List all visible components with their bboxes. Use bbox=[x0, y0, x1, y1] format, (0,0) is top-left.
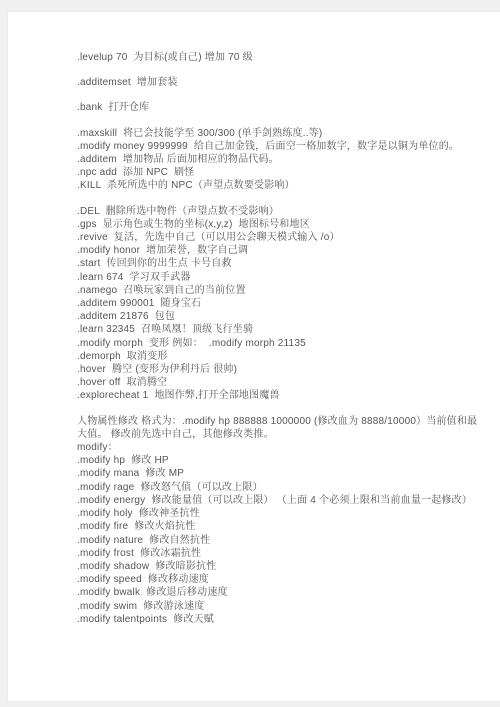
text-line: .modify speed 修改移动速度 bbox=[77, 573, 494, 586]
text-line: .modify rage 修改怒气值（可以改上限） bbox=[77, 481, 494, 494]
text-line: .modify mana 修改 MP bbox=[77, 467, 494, 480]
text-line: .revive 复活，先选中自己（可以用公会聊天模式输入 /o） bbox=[77, 231, 494, 244]
text-line: .additem 990001 随身宝石 bbox=[77, 297, 494, 310]
text-line: 人物属性修改 格式为：.modify hp 888888 1000000 (修改… bbox=[77, 415, 494, 428]
text-line: .additem 增加物品 后面加相应的物品代码。 bbox=[77, 153, 494, 166]
text-line: .modify money 9999999 给自己加金钱，后面空一格加数字，数字… bbox=[77, 140, 494, 153]
text-line: .modify morph 变形 例如： .modify morph 21135 bbox=[77, 337, 494, 350]
text-line: .modify hp 修改 HP bbox=[77, 454, 494, 467]
document-page: .levelup 70 为目标(或自己) 增加 70 级.additemset … bbox=[8, 12, 500, 701]
text-line: modify： bbox=[77, 441, 494, 454]
text-line: .modify nature 修改自然抗性 bbox=[77, 534, 494, 547]
text-line: .bank 打开仓库 bbox=[77, 101, 494, 114]
text-line: .modify bwalk 修改退后移动速度 bbox=[77, 586, 494, 599]
text-line: .additemset 增加套装 bbox=[77, 76, 494, 89]
text-line: .hover off 取消腾空 bbox=[77, 376, 494, 389]
text-line: .explorecheat 1 地图作弊,打开全部地图魔兽 bbox=[77, 389, 494, 402]
text-line: 大值。 修改前先选中自己，其他修改类推。 bbox=[77, 428, 494, 441]
text-line: .maxskill 将已会技能学至 300/300 (单手剑熟练度..等) bbox=[77, 127, 494, 140]
text-line: .hover 腾空 (变形为伊利丹后 很帅) bbox=[77, 363, 494, 376]
text-line: .levelup 70 为目标(或自己) 增加 70 级 bbox=[77, 51, 494, 64]
blank-line bbox=[77, 89, 494, 101]
text-line: .modify energy 修改能量值（可以改上限） （上面 4 个必须上限和… bbox=[77, 494, 494, 507]
text-line: .learn 674 学习双手武器 bbox=[77, 271, 494, 284]
text-line: .modify talentpoints 修改天赋 bbox=[77, 613, 494, 626]
text-line: .KILL 杀死所选中的 NPC（声望点数要受影响） bbox=[77, 179, 494, 192]
text-line: .modify honor 增加荣誉，数字自己调 bbox=[77, 244, 494, 257]
blank-line bbox=[77, 64, 494, 76]
text-line: .modify swim 修改游泳速度 bbox=[77, 600, 494, 613]
text-line: .npc add 添加 NPC 刷怪 bbox=[77, 166, 494, 179]
text-line: .modify holy 修改神圣抗性 bbox=[77, 507, 494, 520]
text-line: .modify shadow 修改暗影抗性 bbox=[77, 560, 494, 573]
blank-line bbox=[77, 193, 494, 205]
screenshot-root: .levelup 70 为目标(或自己) 增加 70 级.additemset … bbox=[0, 0, 500, 707]
text-line: .gps 显示角色或生物的坐标(x,y,z) 地图标号和地区 bbox=[77, 218, 494, 231]
text-line: .namego 召唤玩家到自己的当前位置 bbox=[77, 284, 494, 297]
text-line: .modify fire 修改火焰抗性 bbox=[77, 520, 494, 533]
text-line: .modify frost 修改冰霜抗性 bbox=[77, 547, 494, 560]
text-line: .learn 32345 召唤凤凰！顶级飞行坐骑 bbox=[77, 323, 494, 336]
text-line: .additem 21876 包包 bbox=[77, 310, 494, 323]
document-text: .levelup 70 为目标(或自己) 增加 70 级.additemset … bbox=[8, 12, 500, 626]
blank-line bbox=[77, 115, 494, 127]
blank-line bbox=[77, 403, 494, 415]
text-line: .DEL 删除所选中物件（声望点数不受影响） bbox=[77, 205, 494, 218]
text-line: .start 传回到你的出生点 卡号自救 bbox=[77, 257, 494, 270]
text-line: .demorph 取消变形 bbox=[77, 350, 494, 363]
